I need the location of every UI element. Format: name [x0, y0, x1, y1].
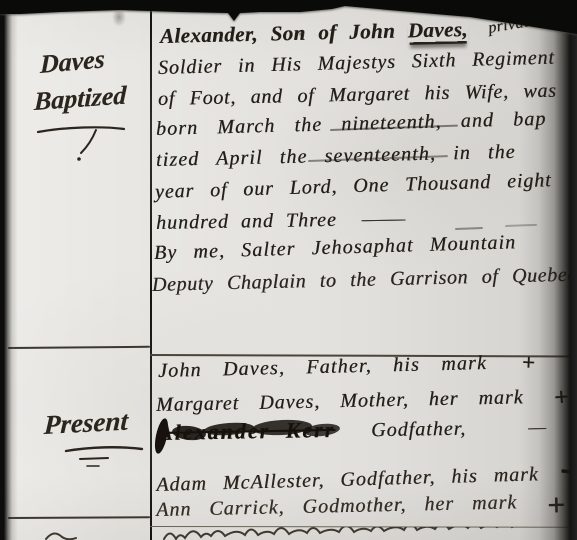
surname-underlined: Daves, [407, 17, 468, 42]
father-cross-mark: + [522, 351, 537, 375]
record-line-3: of Foot, and of Margaret his Wife, was [158, 81, 557, 109]
record-line-4: born March the nineteenth, and bap [156, 109, 547, 139]
row-divider-left [8, 346, 150, 349]
witness-godmother-text: Ann Carrick, Godmother, her mark [156, 491, 517, 521]
record-line-8: By me, Salter Jehosaphat Mountain [154, 232, 517, 263]
register-page-scan: Daves Baptized Present Alexander, Son of… [0, 0, 577, 540]
record-line-5: tized April the seventeenth, in the [156, 142, 516, 170]
partial-handwriting-line [150, 527, 570, 540]
record-line-7: hundred and Three — [156, 209, 394, 233]
column-rule-vertical [150, 0, 152, 540]
faint-pen-dash-1 [455, 227, 483, 230]
record-line-1-text: Alexander, Son of John [160, 19, 396, 48]
present-underline-flourish [60, 443, 150, 471]
baptized-underline-flourish [30, 120, 140, 165]
record-line-1-end: private [487, 13, 537, 37]
trailing-dash: — [361, 209, 406, 230]
record-line-2: Soldier in His Majestys Sixth Regiment [158, 48, 555, 78]
godmother-cross-mark: + [547, 488, 567, 520]
mother-cross-mark: + [553, 384, 571, 411]
page-left-edge-shadow [0, 0, 18, 540]
margin-present-label: Present [43, 408, 128, 440]
godfather-dash: — [528, 416, 547, 438]
godfather-text: Godfather, [371, 418, 466, 442]
witness-mother-text: Margaret Daves, Mother, her mark [156, 386, 524, 416]
faint-pen-dash-2 [505, 224, 537, 227]
partial-margin-mark [42, 530, 82, 540]
record-line-7-text: hundred and Three [156, 209, 337, 234]
record-line-9: Deputy Chaplain to the Garrison of Quebe… [152, 265, 577, 295]
row-divider-bottom-left [8, 516, 150, 519]
record-line-1: Alexander, Son of John Daves, private [160, 17, 537, 47]
margin-event-label: Baptized [34, 82, 127, 115]
witness-line-mother: Margaret Daves, Mother, her mark + [156, 381, 570, 416]
witness-father-text: John Daves, Father, his mark [158, 352, 488, 382]
margin-surname-label: Daves [40, 46, 105, 78]
record-line-6: year of our Lord, One Thousand eight [155, 170, 552, 202]
